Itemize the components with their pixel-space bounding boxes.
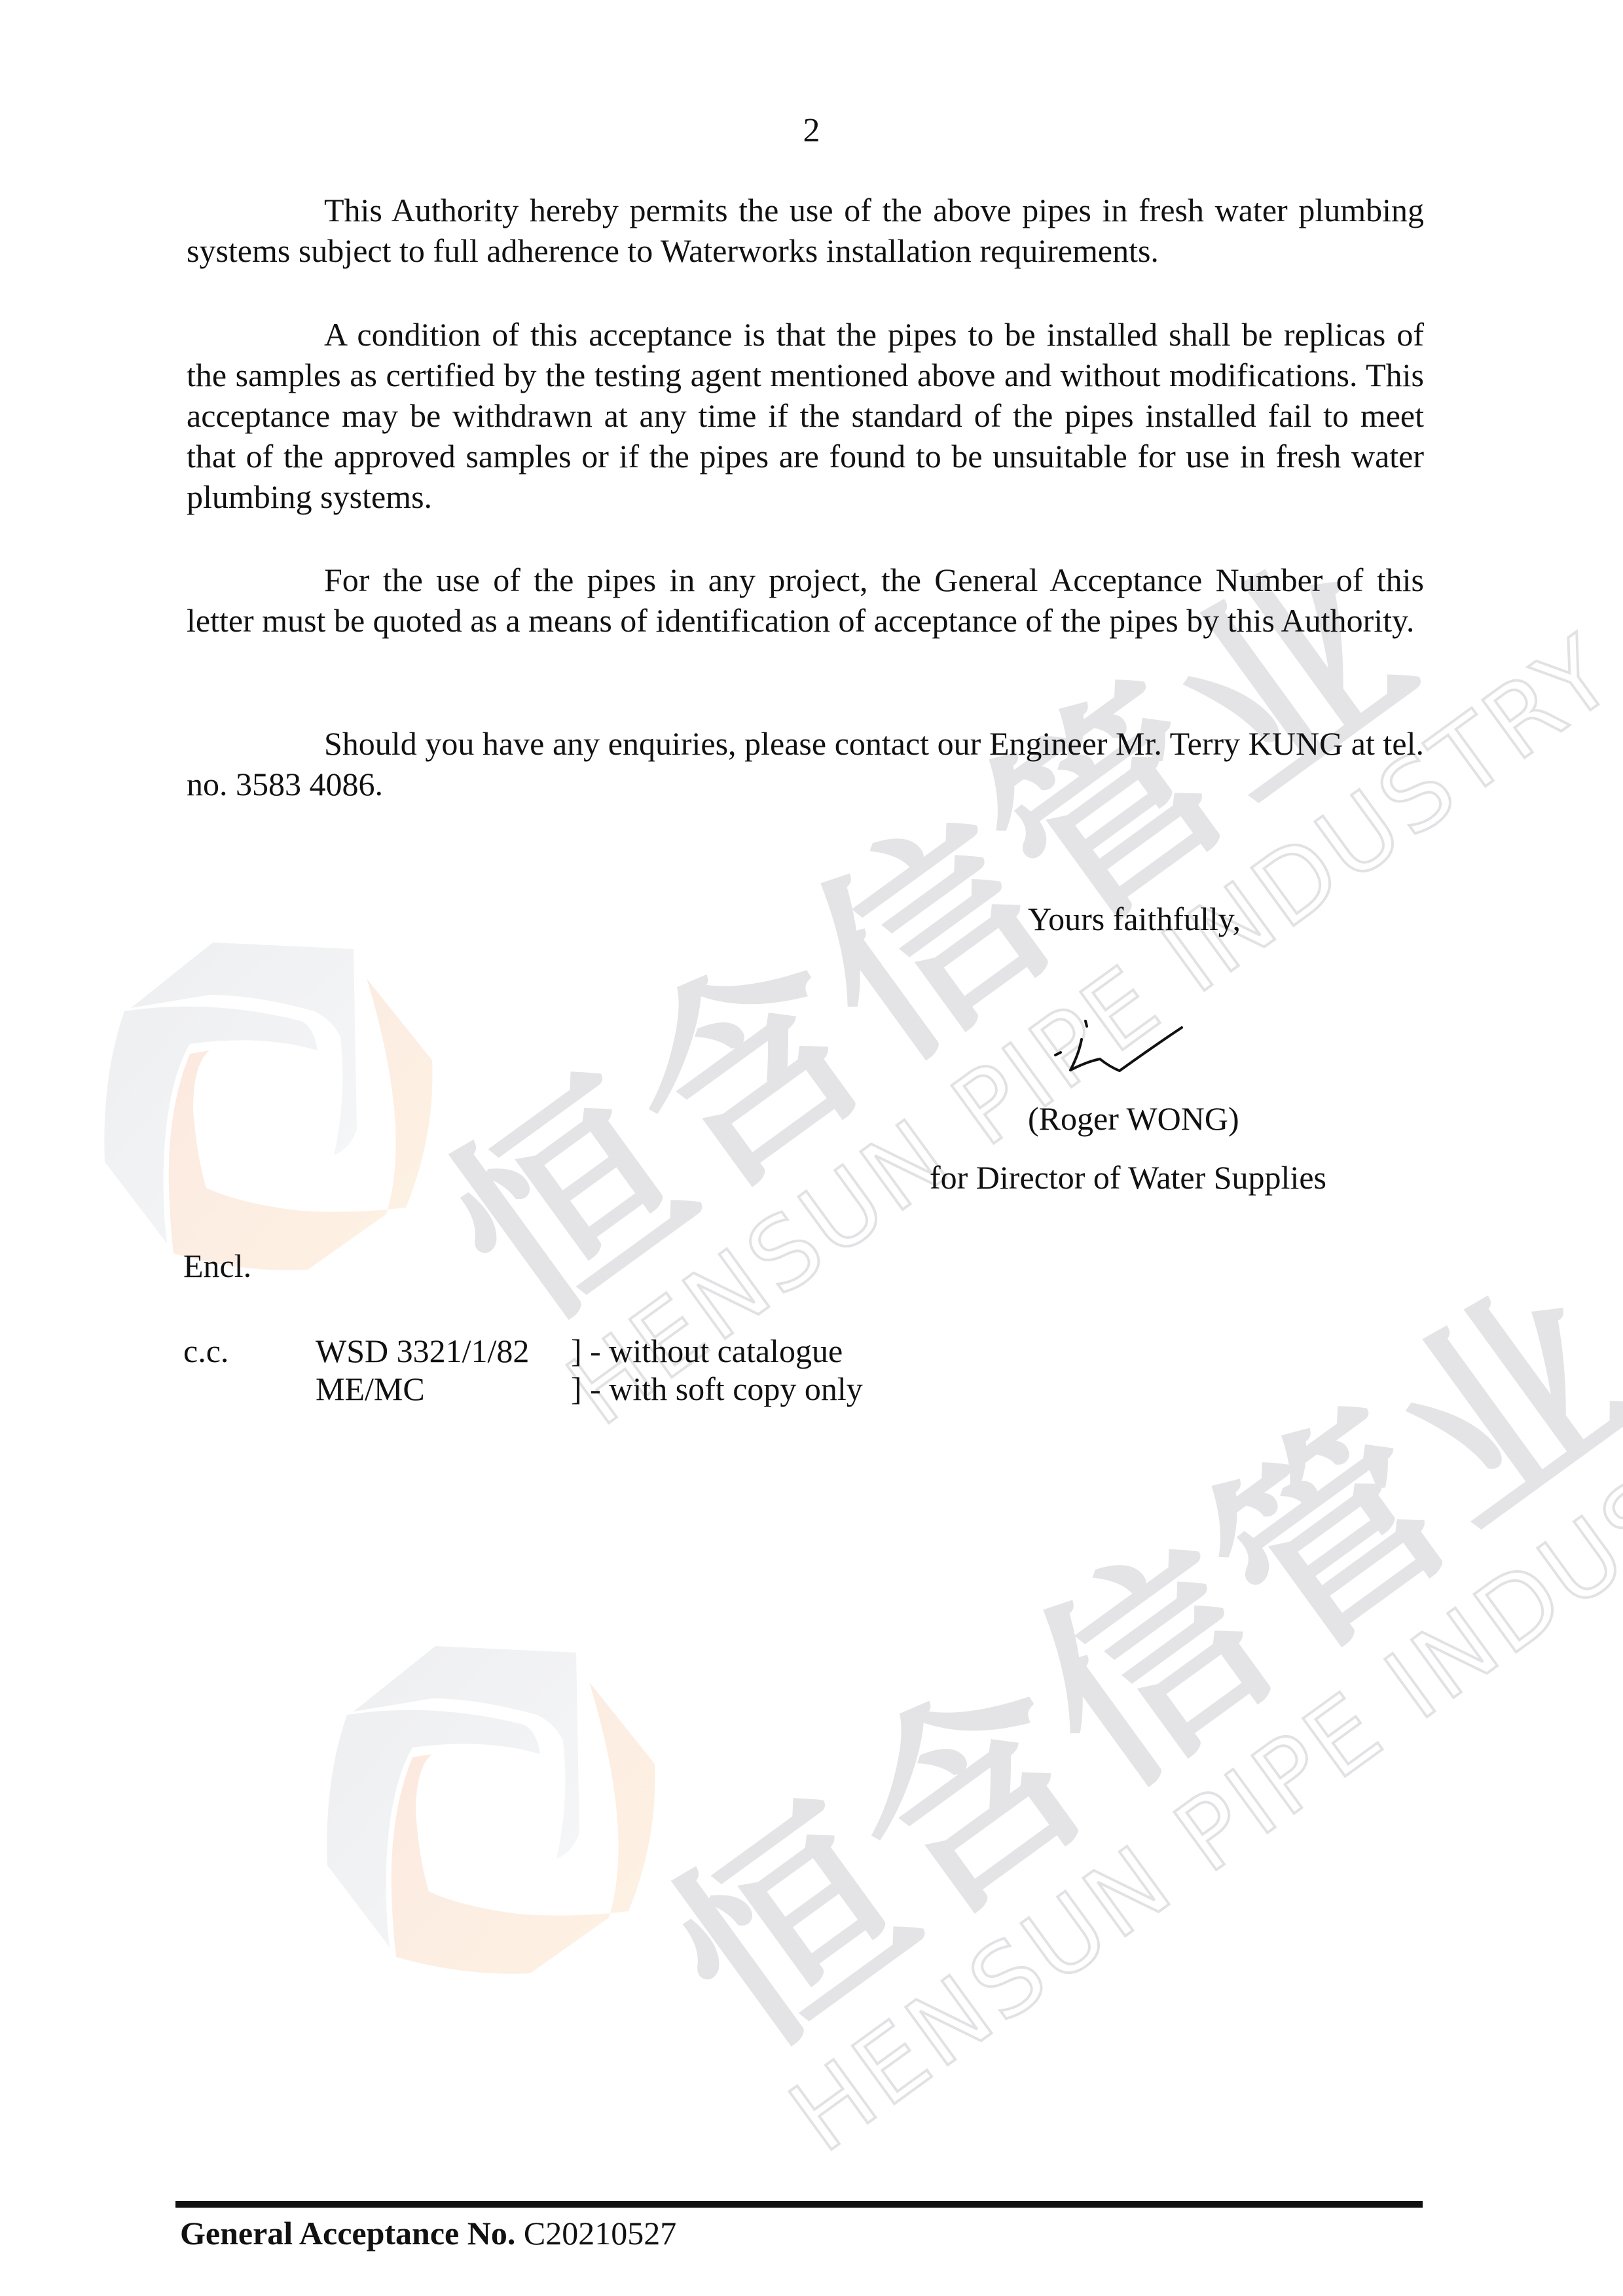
cc-label: c.c.	[183, 1332, 228, 1370]
signer-name: (Roger WONG)	[1028, 1100, 1239, 1138]
general-acceptance-footer: General Acceptance No. C20210527	[180, 2214, 676, 2252]
letter-page: 恒含信管业 HENSUN PIPE INDUSTRY 恒含信管业 HENSUN …	[0, 0, 1623, 2296]
cc-reference: ME/MC	[316, 1370, 571, 1408]
body-paragraph-acceptance-number: For the use of the pipes in any project,…	[187, 560, 1424, 641]
letter-content: 2 This Authority hereby permits the use …	[0, 0, 1623, 2296]
closing-salutation: Yours faithfully,	[1028, 900, 1241, 938]
footer-label: General Acceptance No.	[180, 2215, 515, 2251]
cc-entry: ME/MC ] - with soft copy only	[316, 1370, 863, 1408]
body-paragraph-permission: This Authority hereby permits the use of…	[187, 190, 1424, 271]
general-acceptance-number: C20210527	[524, 2215, 676, 2251]
body-paragraph-condition: A condition of this acceptance is that t…	[187, 314, 1424, 517]
signer-title: for Director of Water Supplies	[930, 1158, 1326, 1196]
page-number: 2	[0, 111, 1623, 150]
handwritten-signature-icon	[1041, 1008, 1211, 1086]
cc-list: WSD 3321/1/82 ] - without catalogue ME/M…	[316, 1332, 863, 1408]
footer-divider	[175, 2201, 1423, 2208]
cc-reference: WSD 3321/1/82	[316, 1332, 571, 1370]
enclosure-label: Encl.	[183, 1247, 251, 1285]
cc-entry: WSD 3321/1/82 ] - without catalogue	[316, 1332, 863, 1370]
cc-note: ] - with soft copy only	[571, 1370, 863, 1408]
cc-note: ] - without catalogue	[571, 1332, 843, 1370]
body-paragraph-enquiries: Should you have any enquiries, please co…	[187, 723, 1424, 804]
